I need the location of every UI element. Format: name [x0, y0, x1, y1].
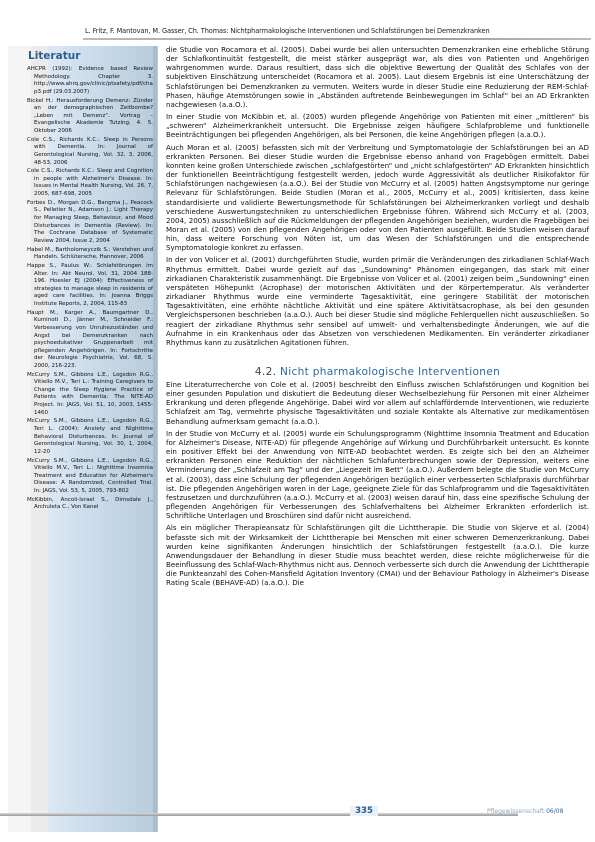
references-title: Literatur [28, 50, 80, 62]
body-paragraph: Auch Moran et al. (2005) befassten sich … [166, 143, 589, 253]
reference-item: Habel M., Bartholomeyczik S.: Verstehen … [27, 247, 153, 262]
body-paragraph: In einer Studie von McKibbin et. al. (20… [166, 112, 589, 139]
sidebar-edge [153, 46, 157, 832]
reference-item: Cole C.S., Richards K.C.: Sleep and Cogn… [27, 168, 153, 198]
references-list: AHCPR (1992): Evidence based Review Meth… [27, 66, 153, 513]
reference-item: AHCPR (1992): Evidence based Review Meth… [27, 66, 153, 96]
journal-name: Pflegewissenschaft 06/08 [487, 808, 563, 815]
journal-issue: 06/08 [546, 808, 563, 815]
reference-item: McCurry S.M., Gibbons L.E., Logsdon R.G.… [27, 458, 153, 496]
body-paragraph: die Studie von Rocamora et al. (2005). D… [166, 45, 589, 109]
body-paragraph: Als ein möglicher Therapieansatz für Sch… [166, 523, 589, 587]
body-paragraph: In der Studie von McCurry et al. (2005) … [166, 429, 589, 521]
body-paragraph: In der von Volicer et al. (2001) durchge… [166, 255, 589, 347]
reference-item: McCurry S.M., Gibbons L.E., Logsdon R.G.… [27, 418, 153, 456]
reference-item: Happe S., Paulus W.: Schlafstörungen im … [27, 263, 153, 309]
main-text-column: die Studie von Rocamora et al. (2005). D… [166, 45, 589, 590]
footer-rule-left [0, 813, 350, 816]
journal-title: Pflegewissenschaft [487, 808, 544, 815]
section-heading: 4.2. Nicht pharmakologische Intervention… [166, 366, 589, 379]
reference-item: McKibbin, Ancoli-Israel S., Dimsdale J.,… [27, 497, 153, 512]
reference-item: Bickel H.: Herausforderung Demenz: Zünde… [27, 98, 153, 136]
header-rule [83, 38, 591, 40]
section-number: 4.2. [255, 366, 276, 378]
reference-item: Cole C.S., Richards K.C.: Sleep in Perso… [27, 137, 153, 167]
reference-item: Forbes D., Morgan D.G., Bangma J., Peaco… [27, 200, 153, 246]
reference-item: McCurry S.M., Gibbons L.E., Logsdon R.G.… [27, 372, 153, 418]
body-paragraph: Eine Literaturrecherche von Cole et al. … [166, 380, 589, 426]
page-number: 335 [350, 806, 378, 816]
section-title-text: Nicht pharmakologische Interventionen [280, 366, 500, 378]
reference-item: Haupt M., Karger A., Baumgartner D., Kum… [27, 310, 153, 371]
